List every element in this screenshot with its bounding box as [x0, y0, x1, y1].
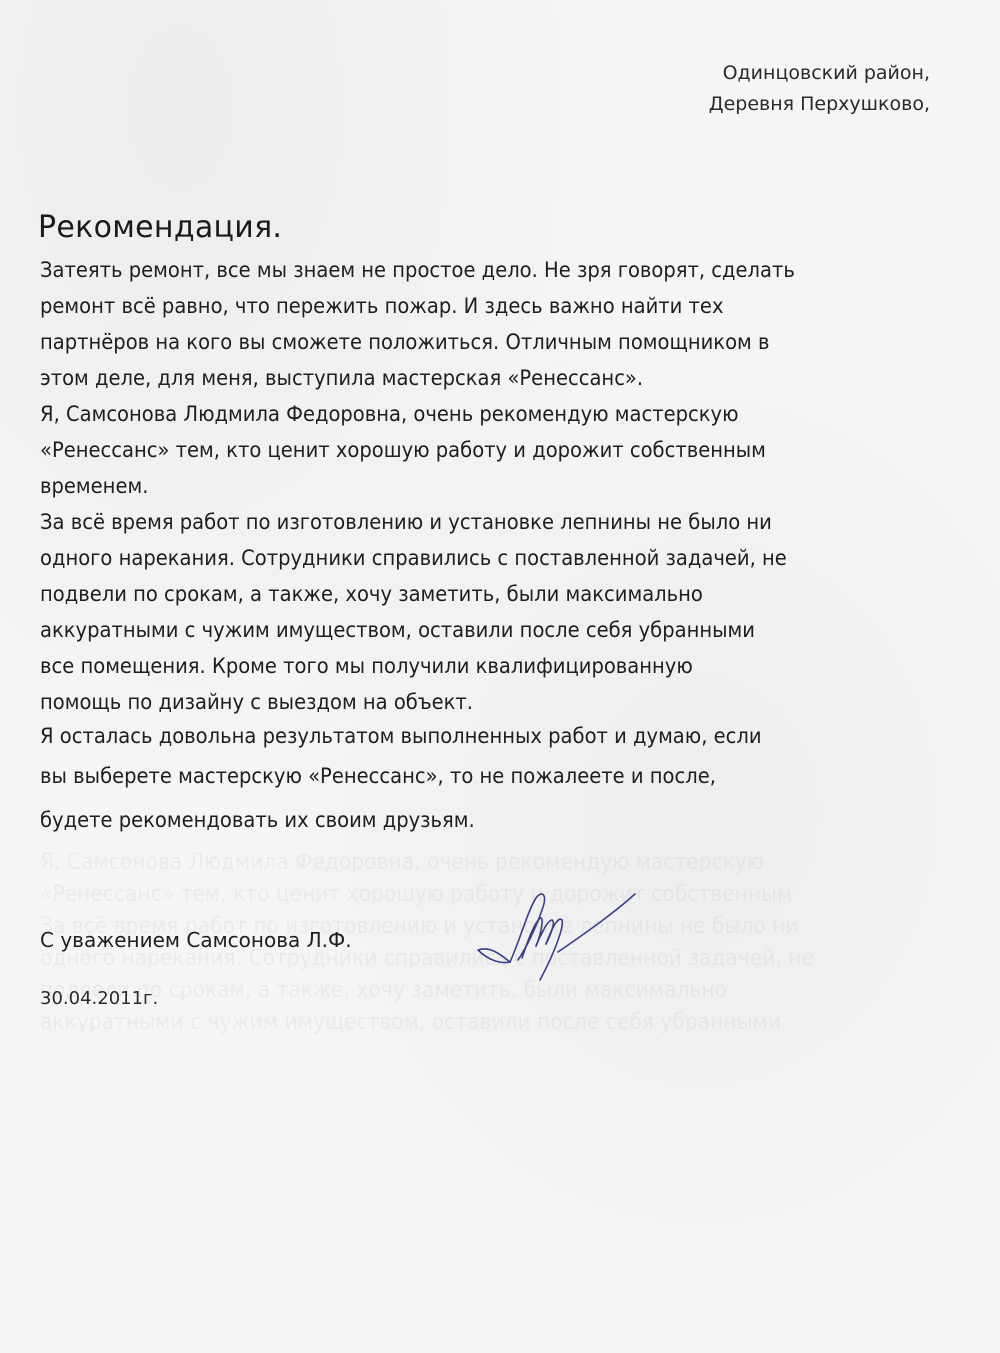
body-line: Затеять ремонт, все мы знаем не простое …	[40, 258, 795, 282]
body-line: помощь по дизайну с выездом на объект.	[40, 690, 473, 714]
sender-address: Одинцовский район, Деревня Перхушково,	[709, 58, 930, 120]
handwritten-signature-icon	[470, 880, 670, 990]
body-line: Я, Самсонова Людмила Федоровна, очень ре…	[40, 402, 739, 426]
letter-date: 30.04.2011г.	[40, 988, 158, 1009]
body-line: партнёров на кого вы сможете положиться.…	[40, 330, 770, 354]
body-line: все помещения. Кроме того мы получили кв…	[40, 654, 693, 678]
body-line: Я осталась довольна результатом выполнен…	[40, 724, 762, 748]
body-line: вы выберете мастерскую «Ренессанс», то н…	[40, 764, 716, 788]
body-line: одного нарекания. Сотрудники справились …	[40, 546, 787, 570]
scanned-letter-page: Я, Самсонова Людмила Федоровна, очень ре…	[0, 0, 1000, 1353]
bleed-through-text: «Ренессанс» тем, кто ценит хорошую работ…	[40, 882, 792, 907]
body-line: временем.	[40, 474, 148, 498]
address-line-1: Одинцовский район,	[709, 58, 930, 89]
bleed-through-text: аккуратными с чужим имуществом, оставили…	[40, 1010, 781, 1035]
closing-signoff: С уважением Самсонова Л.Ф.	[40, 928, 352, 952]
letter-title: Рекомендация.	[38, 210, 282, 245]
body-line: этом деле, для меня, выступила мастерска…	[40, 366, 643, 390]
body-line: «Ренессанс» тем, кто ценит хорошую работ…	[40, 438, 766, 462]
bleed-through-text: Я, Самсонова Людмила Федоровна, очень ре…	[40, 850, 764, 875]
body-line: аккуратными с чужим имуществом, оставили…	[40, 618, 755, 642]
address-line-2: Деревня Перхушково,	[709, 89, 930, 120]
body-line: подвели по срокам, а также, хочу заметит…	[40, 582, 703, 606]
body-line: ремонт всё равно, что пережить пожар. И …	[40, 294, 724, 318]
body-line: будете рекомендовать их своим друзьям.	[40, 808, 475, 832]
body-line: За всё время работ по изготовлению и уст…	[40, 510, 772, 534]
